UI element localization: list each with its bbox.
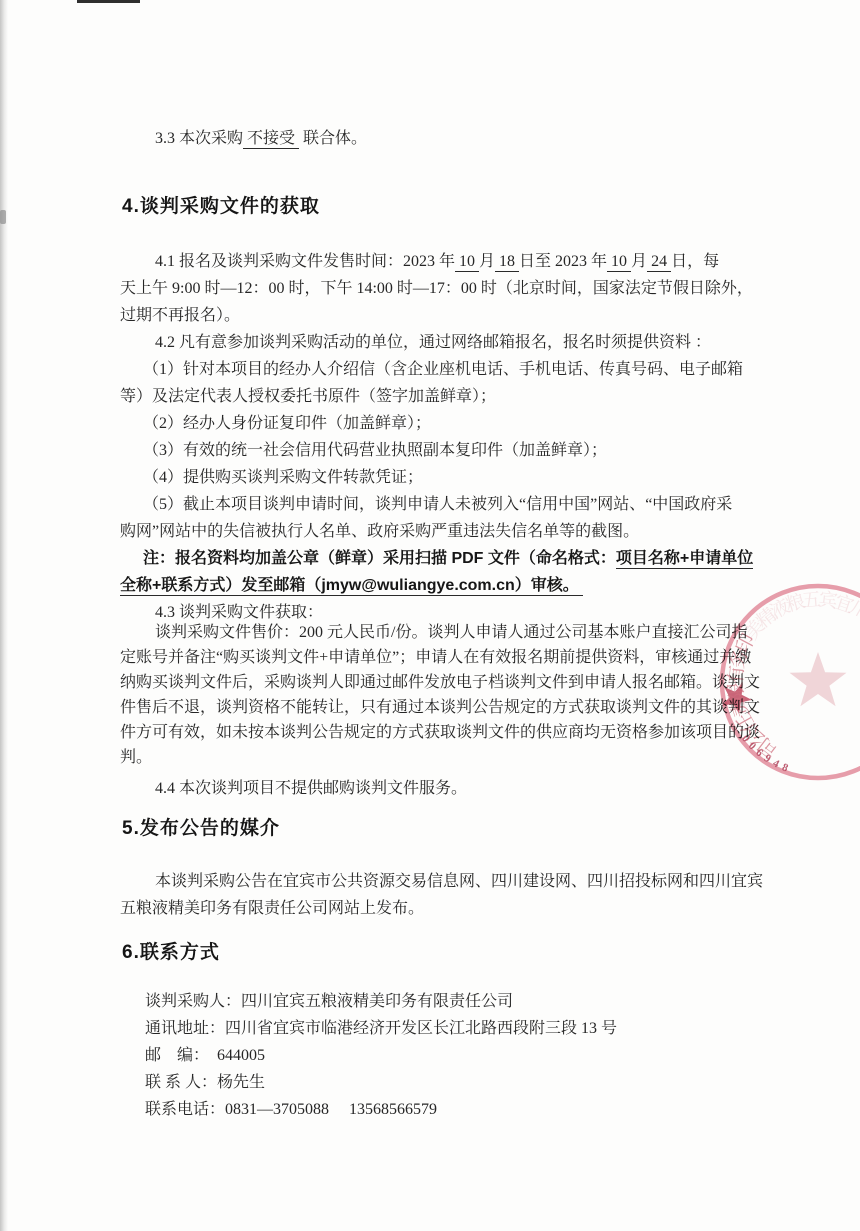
text-segment: 购网”网站中的失信被执行人名单、政府采购严重违法失信名单等的截图。 <box>120 523 639 540</box>
text-segment: 过期不再报名）。 <box>120 307 240 324</box>
text-segment: 件方可有效，如未按本谈判公告规定的方式获取谈判文件的供应商均无资格参加该项目的谈 <box>120 724 760 741</box>
company-seal-stamp: 四川宜宾五粮液精美印务有限责任公司006948 <box>690 552 860 812</box>
text-line: 邮 编： 644005 <box>120 1042 760 1069</box>
underlined-text: 18 <box>495 253 519 272</box>
text-line: （5）截止本项目谈判申请时间，谈判申请人未被列入“信用中国”网站、“中国政府采 <box>120 491 760 518</box>
text-line: 等）及法定代表人授权委托书原件（签字加盖鲜章）； <box>120 383 760 410</box>
text-line: 本谈判采购公告在宜宾市公共资源交易信息网、四川建设网、四川招投标网和四川宜宾 <box>120 868 760 895</box>
underlined-text: 全称+联系方式）发至邮箱（jmyw@wuliangye.com.cn）审核。 <box>120 577 583 596</box>
text-line: 联系电话：0831—3705088 13568566579 <box>120 1096 760 1123</box>
text-segment: 邮 编： 644005 <box>145 1047 265 1064</box>
text-line: （1）针对本项目的经办人介绍信（含企业座机电话、手机电话、传真号码、电子邮箱 <box>120 356 760 383</box>
text-segment: 月 <box>479 253 495 270</box>
text-line: 谈判采购文件售价：200 元人民币/份。谈判人申请人通过公司基本账户直接汇公司指 <box>120 620 760 645</box>
text-line: 4.1 报名及谈判采购文件发售时间：2023 年 10 月 18 日至 2023… <box>120 248 760 275</box>
text-segment: 月 <box>631 253 647 270</box>
text-line: 定账号并备注“购买谈判文件+申请单位”；申请人在有效报名期前提供资料，审核通过并… <box>120 645 760 670</box>
text-segment: （4）提供购买谈判采购文件转款凭证； <box>143 469 423 486</box>
text-line: 件售后不退，谈判资格不能转让，只有通过本谈判公告规定的方式获取谈判文件的其谈判文 <box>120 695 760 720</box>
text-line: （3）有效的统一社会信用代码营业执照副本复印件（加盖鲜章）； <box>120 437 760 464</box>
text-segment: 通讯地址：四川省宜宾市临港经济开发区长江北路西段附三段 13 号 <box>145 1020 617 1037</box>
scan-edge-shadow <box>0 0 8 1231</box>
text-segment: 3.3 本次采购 <box>155 130 243 147</box>
text-segment: 联系电话：0831—3705088 13568566579 <box>145 1101 437 1118</box>
text-segment: 纳购买谈判文件后，采购谈判人即通过邮件发放电子档谈判文件到申请人报名邮箱。谈判文 <box>120 674 760 691</box>
text-line: （4）提供购买谈判采购文件转款凭证； <box>120 464 760 491</box>
text-line: 纳购买谈判文件后，采购谈判人即通过邮件发放电子档谈判文件到申请人报名邮箱。谈判文 <box>120 670 760 695</box>
text-segment: 天上午 9:00 时—12：00 时，下午 14:00 时—17：00 时（北京… <box>120 280 753 297</box>
text-line: 天上午 9:00 时—12：00 时，下午 14:00 时—17：00 时（北京… <box>120 275 760 302</box>
text-line: 3.3 本次采购 不接受 联合体。 <box>120 125 760 152</box>
text-segment: 判。 <box>120 749 152 766</box>
text-segment: 4.3 谈判采购文件获取： <box>155 604 323 621</box>
text-segment: （5）截止本项目谈判申请时间，谈判申请人未被列入“信用中国”网站、“中国政府采 <box>143 496 732 513</box>
text-segment: 日至 2023 年 <box>519 253 607 270</box>
text-segment: （1）针对本项目的经办人介绍信（含企业座机电话、手机电话、传真号码、电子邮箱 <box>143 361 743 378</box>
text-line: 五粮液精美印务有限责任公司网站上发布。 <box>120 895 760 922</box>
text-segment: （3）有效的统一社会信用代码营业执照副本复印件（加盖鲜章）； <box>143 442 607 459</box>
text-segment: 日，每 <box>671 253 719 270</box>
text-line: 购网”网站中的失信被执行人名单、政府采购严重违法失信名单等的截图。 <box>120 518 760 545</box>
underlined-text: 10 <box>455 253 479 272</box>
underlined-text: 10 <box>607 253 631 272</box>
scan-artifact-left <box>0 210 6 224</box>
text-line: 全称+联系方式）发至邮箱（jmyw@wuliangye.com.cn）审核。 <box>120 572 760 599</box>
text-segment: 谈判采购文件售价：200 元人民币/份。谈判人申请人通过公司基本账户直接汇公司指 <box>155 624 747 641</box>
text-line: 联 系 人：杨先生 <box>120 1069 760 1096</box>
text-segment: 5.发布公告的媒介 <box>122 818 280 839</box>
text-segment: 6.联系方式 <box>122 942 220 963</box>
text-segment: （2）经办人身份证复印件（加盖鲜章）； <box>143 415 431 432</box>
text-segment: 定账号并备注“购买谈判文件+申请单位”；申请人在有效报名期前提供资料，审核通过并… <box>120 649 751 666</box>
underlined-text: 不接受 <box>243 130 299 149</box>
text-line: 谈判采购人：四川宜宾五粮液精美印务有限责任公司 <box>120 988 760 1015</box>
text-line: 过期不再报名）。 <box>120 302 760 329</box>
text-segment: 4.4 本次谈判项目不提供邮购谈判文件服务。 <box>155 780 467 797</box>
text-line: 4.4 本次谈判项目不提供邮购谈判文件服务。 <box>120 775 760 802</box>
text-segment: 联合体。 <box>299 130 367 147</box>
text-segment: 4.谈判采购文件的获取 <box>122 196 320 217</box>
text-segment: 本谈判采购公告在宜宾市公共资源交易信息网、四川建设网、四川招投标网和四川宜宾 <box>155 873 763 890</box>
section-heading: 4.谈判采购文件的获取 <box>122 192 760 222</box>
seal-star-icon <box>790 652 847 706</box>
text-line: 4.2 凡有意参加谈判采购活动的单位，通过网络邮箱报名，报名时须提供资料 ： <box>120 329 760 356</box>
document-text: 3.3 本次采购 不接受 联合体。4.谈判采购文件的获取4.1 报名及谈判采购文… <box>120 125 760 1123</box>
text-segment: 4.1 报名及谈判采购文件发售时间：2023 年 <box>155 253 455 270</box>
scanned-document-page: 3.3 本次采购 不接受 联合体。4.谈判采购文件的获取4.1 报名及谈判采购文… <box>0 0 860 1231</box>
scan-artifact-top <box>77 0 140 3</box>
text-line: 件方可有效，如未按本谈判公告规定的方式获取谈判文件的供应商均无资格参加该项目的谈 <box>120 720 760 745</box>
text-segment: 4.2 凡有意参加谈判采购活动的单位，通过网络邮箱报名，报名时须提供资料 ： <box>155 334 711 351</box>
text-line: （2）经办人身份证复印件（加盖鲜章）； <box>120 410 760 437</box>
text-line: 注：报名资料均加盖公章（鲜章）采用扫描 PDF 文件（命名格式：项目名称+申请单… <box>120 545 760 572</box>
text-segment: 联 系 人：杨先生 <box>145 1074 265 1091</box>
section-heading: 6.联系方式 <box>122 938 760 968</box>
text-segment: 等）及法定代表人授权委托书原件（签字加盖鲜章）； <box>120 388 496 405</box>
text-segment: 谈判采购人：四川宜宾五粮液精美印务有限责任公司 <box>145 993 513 1010</box>
text-segment: 五粮液精美印务有限责任公司网站上发布。 <box>120 900 424 917</box>
text-segment: 注：报名资料均加盖公章（鲜章）采用扫描 PDF 文件（命名格式： <box>143 550 616 567</box>
text-line: 判。 <box>120 745 760 770</box>
underlined-text: 24 <box>647 253 671 272</box>
text-segment: 件售后不退，谈判资格不能转让，只有通过本谈判公告规定的方式获取谈判文件的其谈判文 <box>120 699 760 716</box>
section-heading: 5.发布公告的媒介 <box>122 814 760 844</box>
text-line: 通讯地址：四川省宜宾市临港经济开发区长江北路西段附三段 13 号 <box>120 1015 760 1042</box>
